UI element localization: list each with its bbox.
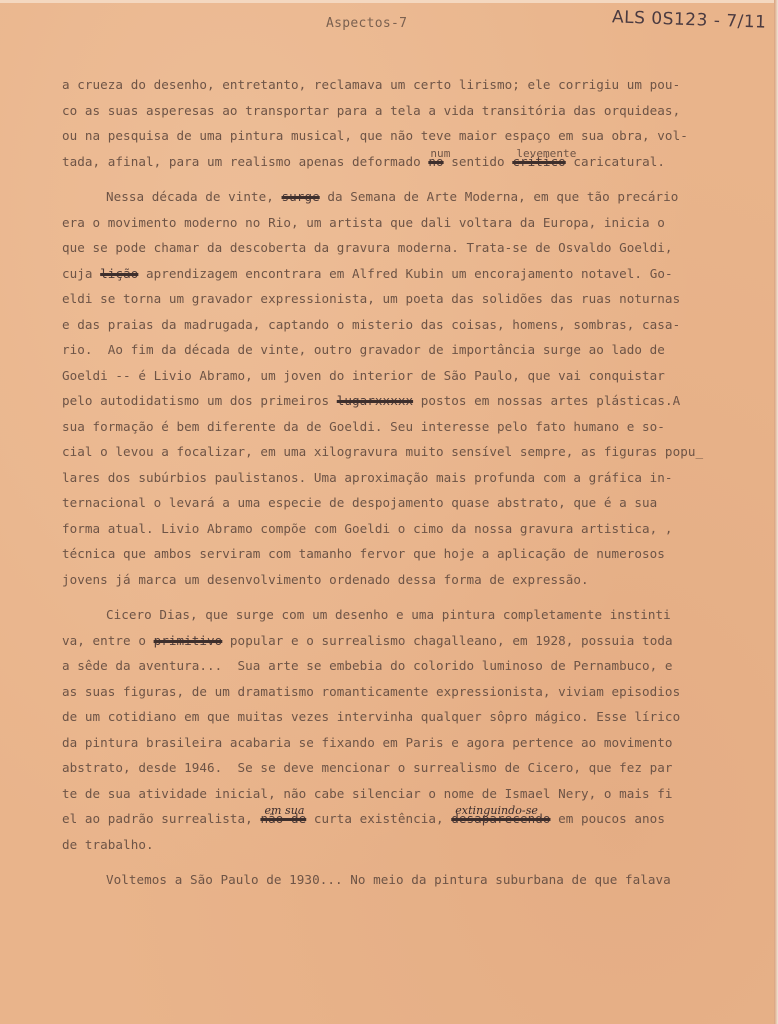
correction-levemente: levementecritico [512, 154, 565, 169]
text-line: ternacional o levará a uma especie de de… [62, 490, 774, 516]
text-line: e das praias da madrugada, captando o mi… [62, 312, 774, 338]
handwritten-insert: levemente [516, 141, 576, 167]
text-line: abstrato, desde 1946. Se se deve mencion… [62, 755, 774, 781]
text-line: a crueza do desenho, entretanto, reclama… [62, 72, 774, 98]
text-line-corrected: el ao padrão surrealista, em suanão de c… [62, 806, 774, 832]
correction-em-sua: em suanão de [260, 811, 306, 826]
typewritten-body: a crueza do desenho, entretanto, reclama… [62, 72, 774, 893]
text-line: de trabalho. [62, 832, 774, 858]
text-line-corrected: tada, afinal, para um realismo apenas de… [62, 149, 774, 175]
text-line: técnica que ambos serviram com tamanho f… [62, 541, 774, 567]
text-line: cial o levou a focalizar, em uma xilogra… [62, 439, 774, 465]
handwritten-insert: em sua [264, 798, 304, 824]
handwritten-insert: num [430, 141, 450, 167]
document-page: Aspectos-7 ALS 0S123 - 7/11 a crueza do … [0, 0, 778, 1024]
text-line-corrected: Nessa década de vinte, surge da Semana d… [62, 184, 774, 210]
page-header-title: Aspectos-7 [326, 16, 407, 31]
struck-word: lugarxxxxx [337, 393, 413, 408]
paper-right-edge [774, 0, 778, 1024]
text-line: a sêde da aventura... Sua arte se embebi… [62, 653, 774, 679]
text-line: lares dos subúrbios paulistanos. Uma apr… [62, 465, 774, 491]
text-line: sua formação é bem diferente da de Goeld… [62, 414, 774, 440]
text-line: forma atual. Livio Abramo compõe com Goe… [62, 516, 774, 542]
text-line: da pintura brasileira acabaria se fixand… [62, 730, 774, 756]
text-line: Goeldi -- é Livio Abramo, um joven do in… [62, 363, 774, 389]
handwritten-insert: extinguindo-se [455, 798, 538, 824]
text-line: de um cotidiano em que muitas vezes inte… [62, 704, 774, 730]
struck-word: primitivo [154, 633, 223, 648]
archive-reference-code: ALS 0S123 - 7/11 [612, 7, 767, 32]
text-line: que se pode chamar da descoberta da grav… [62, 235, 774, 261]
paper-top-edge [0, 0, 778, 3]
struck-word: lição [100, 266, 138, 281]
text-line: co as suas asperesas ao transportar para… [62, 98, 774, 124]
text-line-corrected: cuja lição aprendizagem encontrara em Al… [62, 261, 774, 287]
text-line: Cicero Dias, que surge com um desenho e … [62, 602, 774, 628]
text-line: te de sua atividade inicial, não cabe si… [62, 781, 774, 807]
correction-num: numno [428, 154, 443, 169]
text-line-corrected: pelo autodidatismo um dos primeiros luga… [62, 388, 774, 414]
text-line-corrected: va, entre o primitivo popular e o surrea… [62, 628, 774, 654]
text-line: era o movimento moderno no Rio, um artis… [62, 210, 774, 236]
text-line: as suas figuras, de um dramatismo romant… [62, 679, 774, 705]
text-line: eldi se torna um gravador expressionista… [62, 286, 774, 312]
struck-word: surge [282, 189, 320, 204]
text-line: ou na pesquisa de uma pintura musical, q… [62, 123, 774, 149]
text-line: rio. Ao fim da década de vinte, outro gr… [62, 337, 774, 363]
correction-extinguindo-se: extinguindo-sedesaparecendo [451, 811, 550, 826]
text-line: jovens já marca um desenvolvimento orden… [62, 567, 774, 593]
text-line: Voltemos a São Paulo de 1930... No meio … [62, 867, 774, 893]
